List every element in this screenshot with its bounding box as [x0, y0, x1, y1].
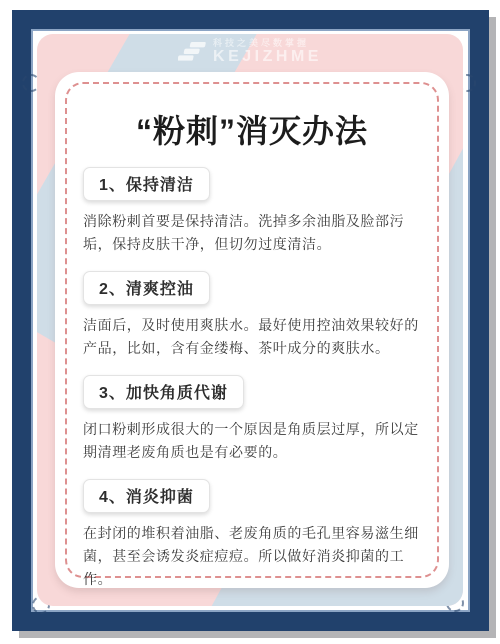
brand-tagline: 科技之美尽数掌握 [213, 38, 322, 48]
section-label-chip: 1、保持清洁 [83, 167, 210, 201]
brand-name: KEJIZHME [213, 48, 322, 66]
section-body: 洁面后，及时使用爽肤水。最好使用控油效果较好的产品，比如，含有金缕梅、茶叶成分的… [83, 314, 421, 360]
section-keep-clean: 1、保持清洁 消除粉刺首要是保持清洁。洗掉多余油脂及脸部污垢，保持皮肤干净，但切… [83, 167, 421, 256]
page-background: 科技之美尽数掌握 KEJIZHME “粉刺”消灭办法 1、保持清洁 消除粉刺首要… [0, 0, 500, 644]
section-keratin-metabolism: 3、加快角质代谢 闭口粉刺形成很大的一个原因是角质层过厚，所以定期清理老废角质也… [83, 375, 421, 464]
card-content: “粉刺”消灭办法 1、保持清洁 消除粉刺首要是保持清洁。洗掉多余油脂及脸部污垢，… [55, 72, 449, 588]
section-label-chip: 2、清爽控油 [83, 271, 210, 305]
section-oil-control: 2、清爽控油 洁面后，及时使用爽肤水。最好使用控油效果较好的产品，比如，含有金缕… [83, 271, 421, 360]
section-label-chip: 3、加快角质代谢 [83, 375, 244, 409]
brand-watermark: 科技之美尽数掌握 KEJIZHME [37, 38, 463, 67]
section-body: 闭口粉刺形成很大的一个原因是角质层过厚，所以定期清理老废角质也是有必要的。 [83, 418, 421, 464]
page-title: “粉刺”消灭办法 [83, 106, 421, 152]
section-anti-inflammation: 4、消炎抑菌 在封闭的堆积着油脂、老废角质的毛孔里容易滋生细菌，甚至会诱发炎症痘… [83, 479, 421, 591]
brand-logo-icon [178, 39, 206, 65]
pastel-background-panel: 科技之美尽数掌握 KEJIZHME “粉刺”消灭办法 1、保持清洁 消除粉刺首要… [37, 34, 463, 606]
section-body: 消除粉刺首要是保持清洁。洗掉多余油脂及脸部污垢，保持皮肤干净，但切勿过度清洁。 [83, 210, 421, 256]
content-card: “粉刺”消灭办法 1、保持清洁 消除粉刺首要是保持清洁。洗掉多余油脂及脸部污垢，… [55, 72, 449, 588]
section-label-chip: 4、消炎抑菌 [83, 479, 210, 513]
section-body: 在封闭的堆积着油脂、老废角质的毛孔里容易滋生细菌，甚至会诱发炎症痘痘。所以做好消… [83, 522, 421, 591]
